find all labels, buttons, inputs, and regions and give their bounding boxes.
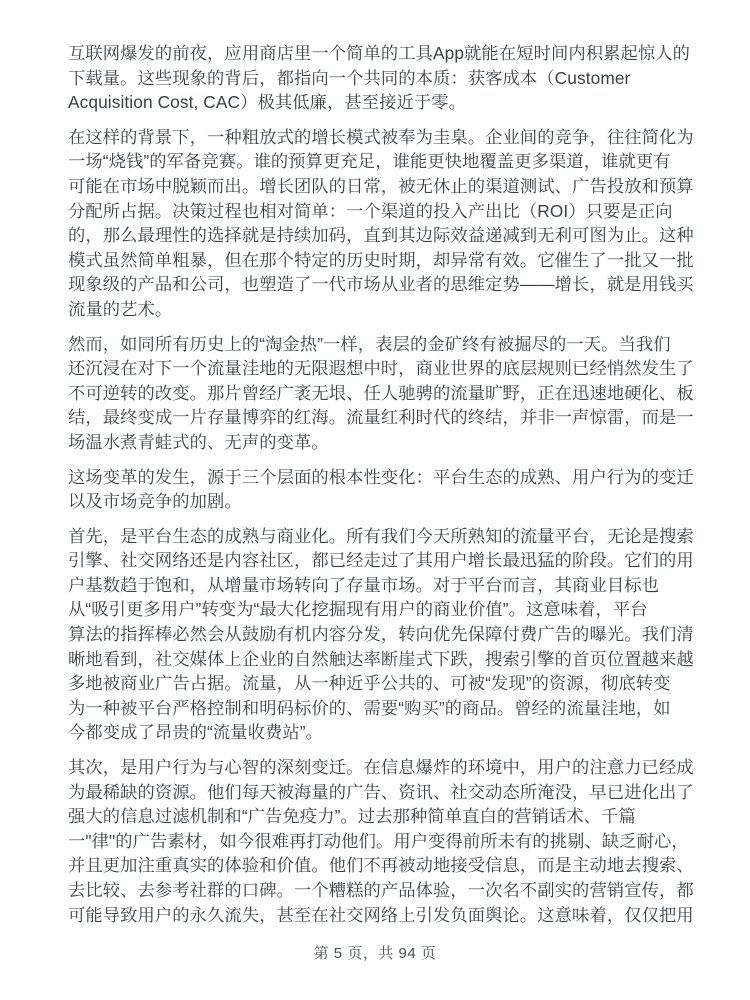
paragraph: 然而，如同所有历史上的“淘金热”一样，表层的金矿终有被掘尽的一天。当我们还沉浸在… bbox=[68, 332, 696, 455]
text-line: 算法的指挥棒必然会从鼓励有机内容分发，转向优先保障付费广告的曝光。我们清 bbox=[68, 622, 696, 647]
text-line: 并且更加注重真实的体验和价值。他们不再被动地接受信息，而是主动地去搜索、 bbox=[68, 853, 696, 878]
text-line: 强大的信息过滤机制和“广告免疫力”。过去那种简单直白的营销话术、千篇 bbox=[68, 804, 696, 829]
text-line: 从“吸引更多用户”转变为“最大化挖掘现有用户的商业价值”。这意味着，平台 bbox=[68, 597, 696, 622]
text-line: 现象级的产品和公司，也塑造了一代市场从业者的思维定势——增长，就是用钱买 bbox=[68, 272, 696, 297]
text-line: 去比较、去参考社群的口碑。一个糟糕的产品体验，一次名不副实的营销宣传，都 bbox=[68, 878, 696, 903]
paragraph: 在这样的背景下，一种粗放式的增长模式被奉为圭臬。企业间的竞争，往往简化为一场“烧… bbox=[68, 125, 696, 322]
document-page: 互联网爆发的前夜，应用商店里一个简单的工具App就能在短时间内积累起惊人的下载量… bbox=[0, 0, 750, 1000]
text-line: 然而，如同所有历史上的“淘金热”一样，表层的金矿终有被掘尽的一天。当我们 bbox=[68, 332, 696, 357]
text-line: 为最稀缺的资源。他们每天被海量的广告、资讯、社交动态所淹没，早已进化出了 bbox=[68, 780, 696, 805]
text-line: 这场变革的发生，源于三个层面的根本性变化：平台生态的成熟、用户行为的变迁 bbox=[68, 465, 696, 490]
text-line: 多地被商业广告占据。流量，从一种近乎公共的、可被“发现”的资源，彻底转变 bbox=[68, 671, 696, 696]
text-line: 可能导致用户的永久流失，甚至在社交网络上引发负面舆论。这意味着，仅仅把用 bbox=[68, 903, 696, 928]
paragraph: 互联网爆发的前夜，应用商店里一个简单的工具App就能在短时间内积累起惊人的下载量… bbox=[68, 41, 696, 115]
text-line: 场温水煮青蛙式的、无声的变革。 bbox=[68, 430, 696, 455]
text-line: 一场“烧钱”的军备竞赛。谁的预算更充足，谁能更快地覆盖更多渠道，谁就更有 bbox=[68, 149, 696, 174]
paragraph: 这场变革的发生，源于三个层面的根本性变化：平台生态的成熟、用户行为的变迁以及市场… bbox=[68, 465, 696, 514]
text-line: 流量的艺术。 bbox=[68, 297, 696, 322]
text-line: 下载量。这些现象的背后，都指向一个共同的本质：获客成本（Customer bbox=[68, 66, 696, 91]
text-line: 为一种被平台严格控制和明码标价的、需要“购买”的商品。曾经的流量洼地，如 bbox=[68, 696, 696, 721]
text-line: 分配所占据。决策过程也相对简单：一个渠道的投入产出比（ROI）只要是正向 bbox=[68, 199, 696, 224]
text-line: 一"律"的广告素材，如今很难再打动他们。用户变得前所未有的挑剔、缺乏耐心， bbox=[68, 829, 696, 854]
document-body: 互联网爆发的前夜，应用商店里一个简单的工具App就能在短时间内积累起惊人的下载量… bbox=[68, 41, 696, 937]
text-line: 可能在市场中脱颖而出。增长团队的日常，被无休止的渠道测试、广告投放和预算 bbox=[68, 174, 696, 199]
text-line: 互联网爆发的前夜，应用商店里一个简单的工具App就能在短时间内积累起惊人的 bbox=[68, 41, 696, 66]
text-line: 晰地看到，社交媒体上企业的自然触达率断崖式下跌，搜索引擎的首页位置越来越 bbox=[68, 647, 696, 672]
text-line: 还沉浸在对下一个流量洼地的无限遐想中时，商业世界的底层规则已经悄然发生了 bbox=[68, 356, 696, 381]
text-line: 模式虽然简单粗暴，但在那个特定的历史时期，却异常有效。它催生了一批又一批 bbox=[68, 248, 696, 273]
text-line: 其次，是用户行为与心智的深刻变迁。在信息爆炸的环境中，用户的注意力已经成 bbox=[68, 755, 696, 780]
text-line: 引擎、社交网络还是内容社区，都已经走过了其用户增长最迅猛的阶段。它们的用 bbox=[68, 548, 696, 573]
page-number-footer: 第 5 页，共 94 页 bbox=[0, 944, 750, 964]
text-line: 今都变成了昂贵的“流量收费站”。 bbox=[68, 720, 696, 745]
text-line: 结，最终变成一片存量博弈的红海。流量红利时代的终结，并非一声惊雷，而是一 bbox=[68, 405, 696, 430]
text-line: Acquisition Cost, CAC）极其低廉，甚至接近于零。 bbox=[68, 90, 696, 115]
text-line: 在这样的背景下，一种粗放式的增长模式被奉为圭臬。企业间的竞争，往往简化为 bbox=[68, 125, 696, 150]
text-line: 以及市场竞争的加剧。 bbox=[68, 489, 696, 514]
paragraph: 首先，是平台生态的成熟与商业化。所有我们今天所熟知的流量平台，无论是搜索引擎、社… bbox=[68, 524, 696, 745]
text-line: 户基数趋于饱和，从增量市场转向了存量市场。对于平台而言，其商业目标也 bbox=[68, 573, 696, 598]
text-line: 不可逆转的改变。那片曾经广袤无垠、任人驰骋的流量旷野，正在迅速地硬化、板 bbox=[68, 381, 696, 406]
text-line: 首先，是平台生态的成熟与商业化。所有我们今天所熟知的流量平台，无论是搜索 bbox=[68, 524, 696, 549]
paragraph: 其次，是用户行为与心智的深刻变迁。在信息爆炸的环境中，用户的注意力已经成为最稀缺… bbox=[68, 755, 696, 927]
text-line: 的，那么最理性的选择就是持续加码，直到其边际效益递减到无利可图为止。这种 bbox=[68, 223, 696, 248]
